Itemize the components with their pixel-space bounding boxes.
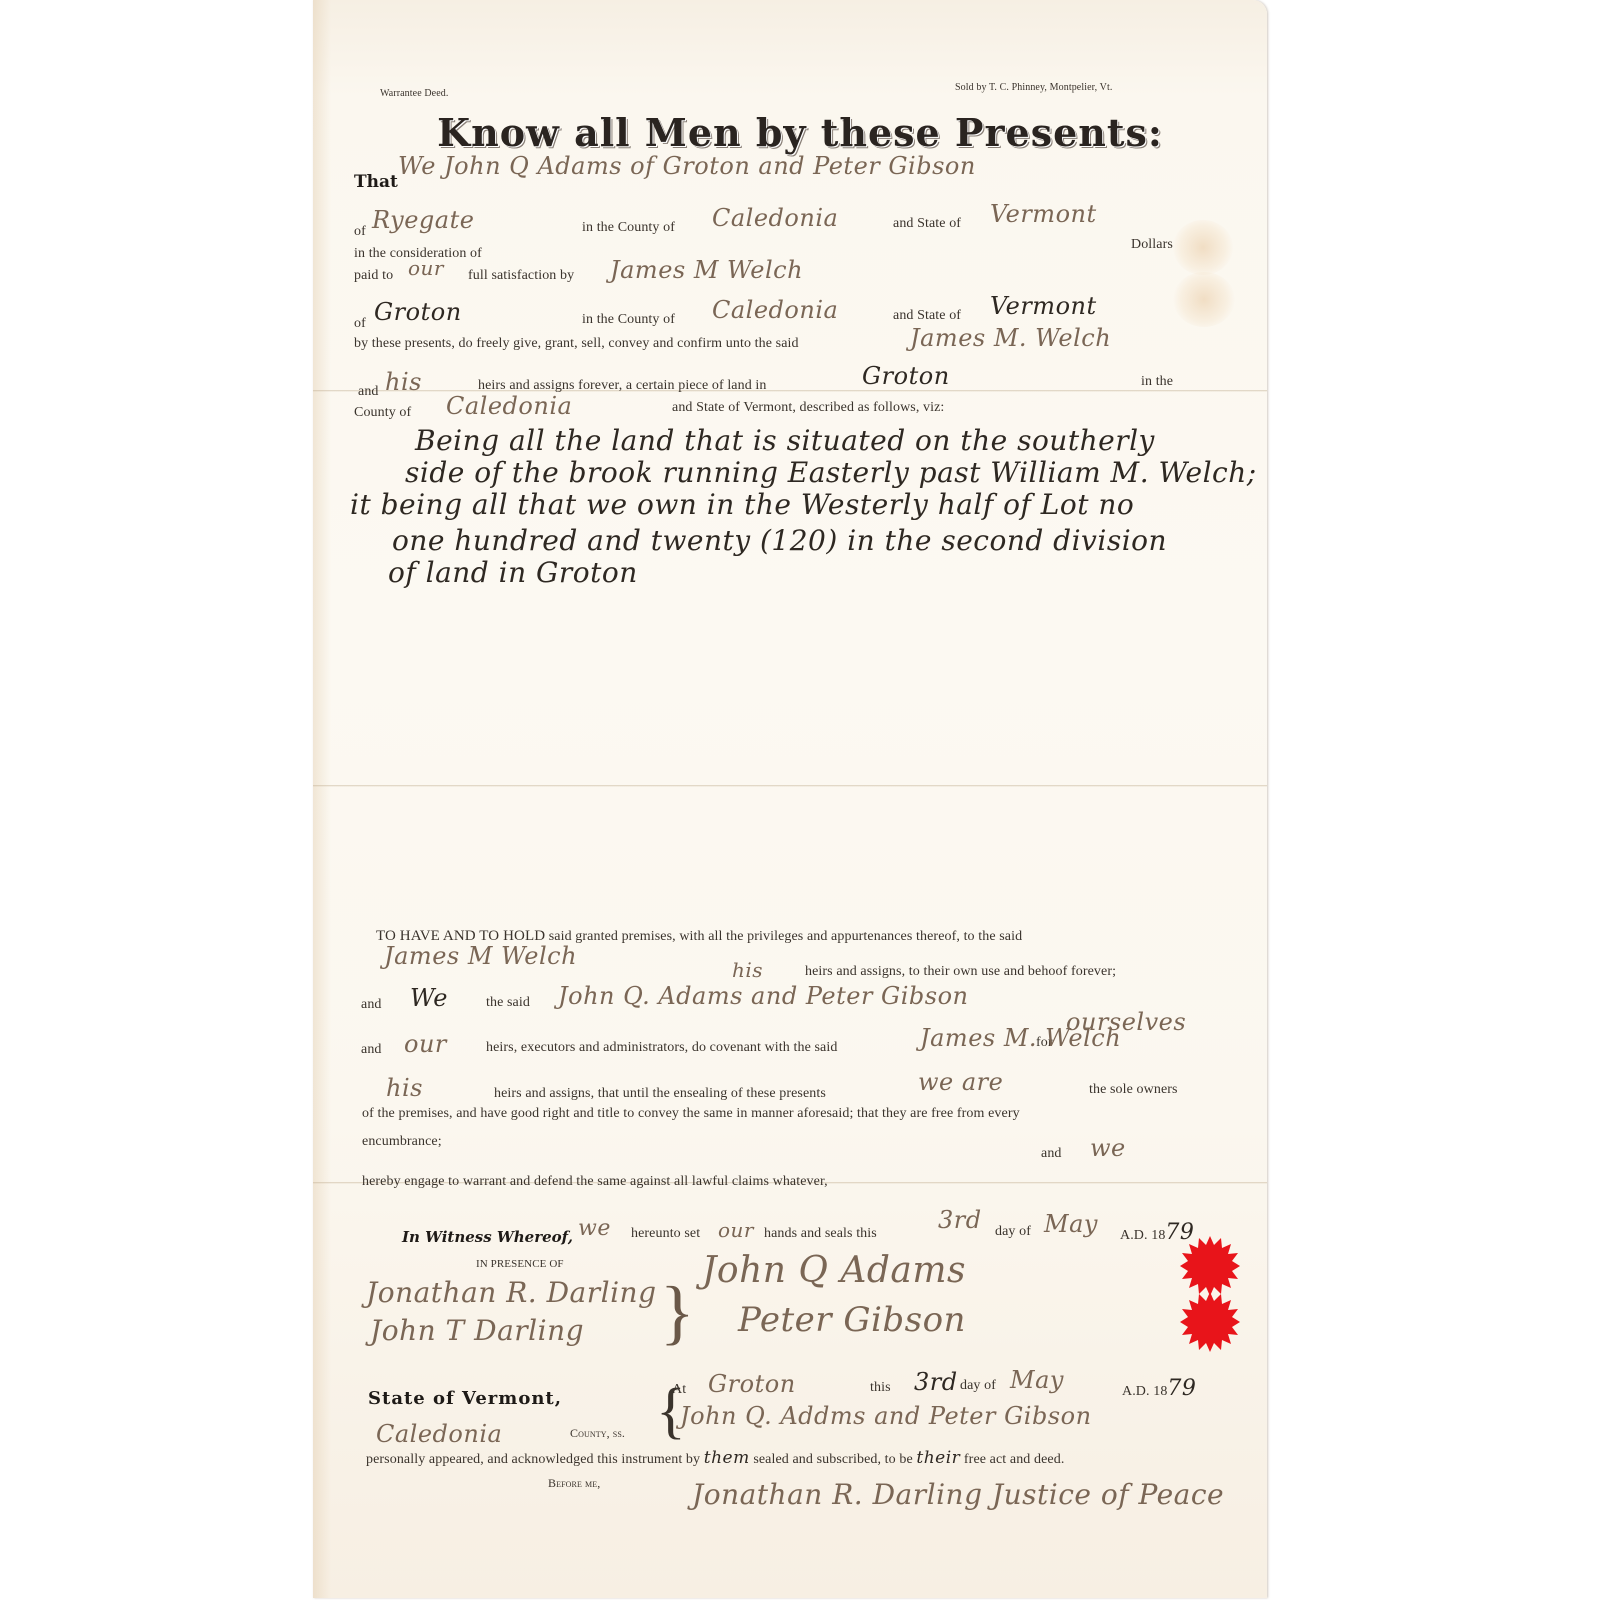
witness-signature: John T Darling [370,1314,584,1347]
ack-text: free act and deed. [964,1452,1065,1467]
county-of-label: County of [354,405,411,421]
land-town: Groton [862,362,950,390]
and-label: and [1041,1146,1062,1162]
ack-town: Groton [708,1370,796,1398]
covenant-text: heirs, executors and administrators, do … [486,1040,837,1056]
grant-grantee: James M. Welch [910,324,1111,352]
description-line: one hundred and twenty (120) in the seco… [392,524,1167,557]
faded-seal-stain [1173,272,1235,327]
grantee-county: Caledonia [712,296,838,324]
in-the-label: in the [1141,374,1173,390]
payer-name: James M Welch [610,256,803,284]
day-of-label: day of [960,1378,996,1394]
premises-text: of the premises, and have good right and… [362,1106,1020,1122]
full-satisfaction-label: full satisfaction by [468,268,574,284]
fold-line [313,785,1267,787]
county-label: in the County of [582,312,675,328]
ack-month: May [1010,1366,1064,1394]
their-word: their [916,1448,960,1468]
we-word: we [1090,1134,1126,1162]
in-presence-of-label: IN PRESENCE OF [476,1258,564,1270]
description-line: side of the brook running Easterly past … [405,456,1257,489]
encumbrance-label: encumbrance; [362,1134,442,1150]
ack-text: sealed and subscribed, to be [753,1452,912,1467]
seller-note: Sold by T. C. Phinney, Montpelier, Vt. [955,82,1112,93]
his-pronoun: his [385,368,422,396]
hereunto-label: hereunto set [631,1226,700,1242]
grantor-county: Caledonia [712,204,838,232]
year-suffix: 79 [1167,1376,1196,1401]
witness-day: 3rd [938,1206,982,1234]
ad-label: A.D. 18 [1120,1228,1165,1243]
habendum-grantee: James M Welch [384,942,577,970]
faded-seal-stain [1173,220,1233,275]
grant-clause-label: by these presents, do freely give, grant… [354,336,799,352]
our-word: our [718,1218,754,1242]
we-word: we [578,1216,611,1241]
county-label: in the County of [582,220,675,236]
ack-county: Caledonia [376,1420,502,1448]
land-county: Caledonia [446,392,572,420]
before-me-label: Before me, [548,1476,600,1491]
description-line: Being all the land that is situated on t… [415,424,1155,457]
ack-text: personally appeared, and acknowledged th… [366,1452,700,1467]
description-line: it being all that we own in the Westerly… [350,488,1134,521]
form-type: Warrantee Deed. [380,88,448,99]
his-pronoun: his [732,958,763,982]
state-label: and State of [893,308,961,324]
hands-seals-label: hands and seals this [764,1226,877,1242]
red-wax-seal-icon [1180,1292,1240,1352]
witness-whereof-label: In Witness Whereof, [402,1228,573,1246]
brace: } [660,1276,695,1348]
description-line: of land in Groton [388,556,638,589]
paid-recipient: our [408,256,444,280]
deed-sheet [313,0,1267,1598]
state-label: and State of [893,216,961,232]
day-of-label: day of [995,1224,1031,1240]
ack-persons: John Q. Addms and Peter Gibson [680,1402,1092,1430]
document-title: Know all Men by these Presents: [0,110,1600,155]
ack-statement: personally appeared, and acknowledged th… [366,1448,1064,1468]
and-label: and [358,384,379,400]
them-word: them [704,1448,750,1468]
sole-owners-label: the sole owners [1089,1082,1178,1098]
and-label: and [361,1042,382,1058]
we-word: We [410,984,448,1012]
warrant-text: hereby engage to warrant and defend the … [362,1174,828,1190]
red-wax-seal-icon [1180,1236,1240,1296]
this-label: this [870,1380,891,1396]
ack-day: 3rd [914,1368,958,1396]
our-word: our [404,1030,447,1058]
the-said-label: the said [486,995,530,1011]
ensealing-text: heirs and assigns, that until the enseal… [494,1086,826,1102]
his-pronoun: his [386,1074,423,1102]
grantee-state: Vermont [990,292,1097,320]
at-label: At [672,1382,686,1398]
grantor-signature: John Q Adams [702,1250,966,1291]
habendum-grantors: John Q. Adams and Peter Gibson [558,982,968,1010]
we-are-words: we are [918,1068,1003,1096]
grantee-town: Groton [374,298,462,326]
ad-label: A.D. 18 [1122,1384,1167,1399]
described-label: and State of Vermont, described as follo… [672,400,944,416]
of-label: of [354,316,366,332]
covenant-grantee: James M. Welch [920,1024,1121,1052]
that-label: That [354,172,398,192]
habendum-text2: heirs and assigns, to their own use and … [805,964,1116,980]
grantors-names: We John Q Adams of Groton and Peter Gibs… [398,152,976,180]
grantor-state: Vermont [990,200,1097,228]
and-label: and [361,997,382,1013]
ack-date-year: A.D. 1879 [1122,1376,1196,1401]
dollars-label: Dollars [1131,237,1173,253]
county-ss-label: County, ss. [570,1426,625,1441]
paid-to-label: paid to [354,268,393,284]
witness-month: May [1044,1210,1098,1238]
grantor-town: Ryegate [372,206,474,234]
grantor-signature: Peter Gibson [738,1300,966,1340]
habendum-text: said granted premises, with all the priv… [549,929,1022,944]
state-of-vermont-heading: State of Vermont, [368,1388,562,1409]
of-label: of [354,224,366,240]
witness-signature: Jonathan R. Darling [366,1276,657,1309]
justice-signature: Jonathan R. Darling Justice of Peace [692,1478,1224,1511]
